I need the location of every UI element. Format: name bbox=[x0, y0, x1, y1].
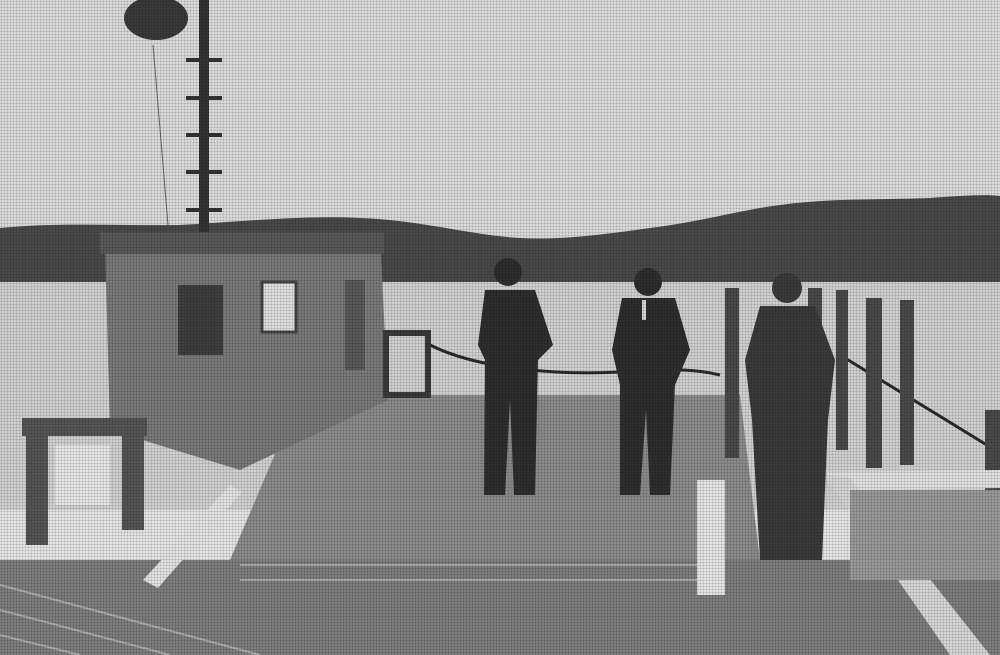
photo-canvas bbox=[0, 0, 1000, 655]
cabin-window-left bbox=[178, 285, 223, 355]
cabin-roof bbox=[100, 232, 384, 254]
cabin-door bbox=[345, 280, 365, 370]
ferry-photograph bbox=[0, 0, 1000, 655]
marker-post bbox=[697, 480, 725, 595]
cabin-window-right bbox=[262, 282, 296, 332]
mast bbox=[199, 0, 209, 232]
